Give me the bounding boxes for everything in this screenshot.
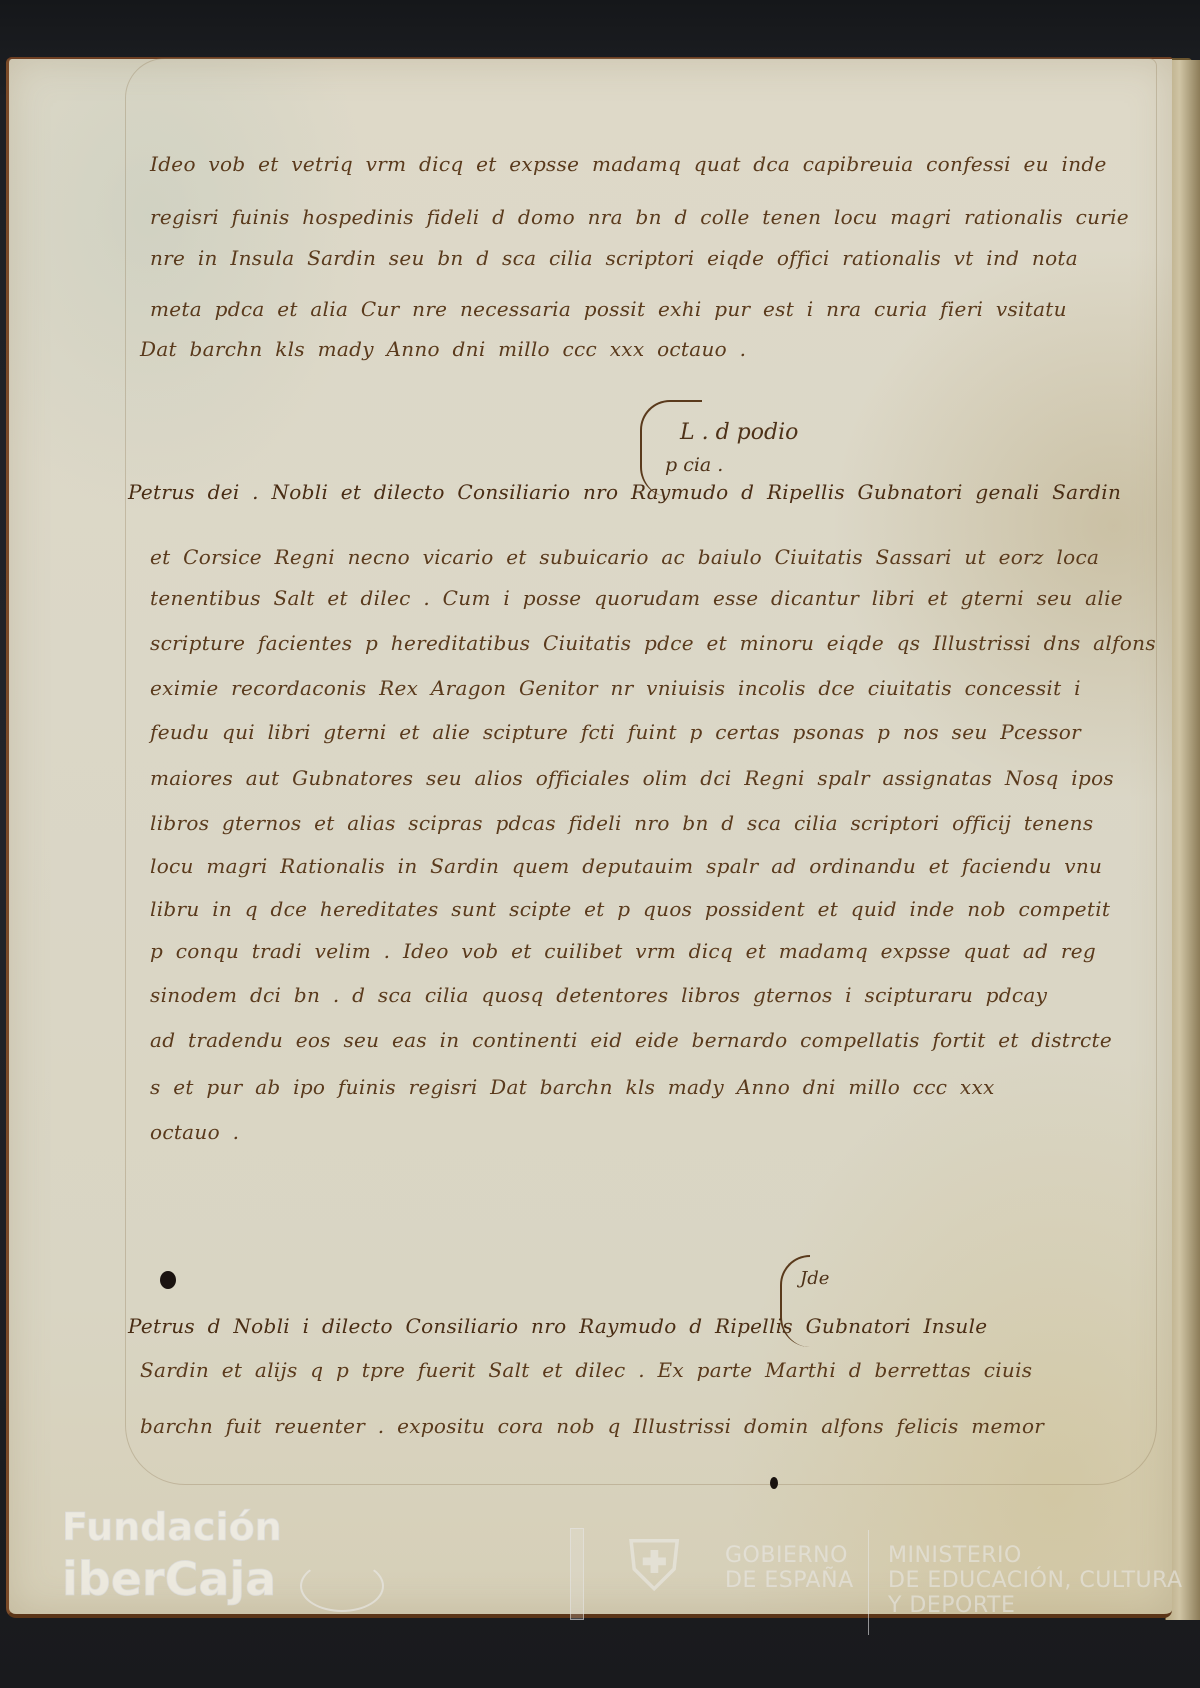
manuscript-line: libros gternos et alias scipras pdcas fi… xyxy=(150,811,1093,835)
ibercaja-logo-icon xyxy=(300,1560,384,1612)
manuscript-line: Sardin et alijs q p tpre fuerit Salt et … xyxy=(140,1358,1032,1382)
watermark-line: GOBIERNO xyxy=(725,1543,854,1568)
manuscript-line-date: Dat barchn kls mady Anno dni millo ccc x… xyxy=(140,337,746,361)
watermark-line: Y DEPORTE xyxy=(888,1593,1183,1618)
manuscript-line: barchn fuit reuenter . expositu cora nob… xyxy=(140,1414,1044,1438)
watermark-text: Fundación xyxy=(62,1505,282,1549)
manuscript-line: tenentibus Salt et dilec . Cum i posse q… xyxy=(150,586,1123,610)
ink-blot xyxy=(160,1271,176,1289)
manuscript-line: et Corsice Regni necno vicario et subuic… xyxy=(150,545,1099,569)
watermark-line: MINISTERIO xyxy=(888,1543,1183,1568)
manuscript-line: s et pur ab ipo fuinis regisri Dat barch… xyxy=(150,1075,995,1099)
manuscript-line: p conqu tradi velim . Ideo vob et cuilib… xyxy=(150,939,1096,963)
manuscript-line: libru in q dce hereditates sunt scipte e… xyxy=(150,897,1110,921)
manuscript-line: scripture facientes p hereditatibus Ciui… xyxy=(150,631,1156,655)
signature-notation: p cia . xyxy=(665,454,723,476)
watermark-divider xyxy=(868,1530,869,1635)
signature-abbrev: Jde xyxy=(800,1268,829,1289)
manuscript-line: Petrus dei . Nobli et dilecto Consiliari… xyxy=(128,480,1121,504)
manuscript-line: Ideo vob et vetriq vrm dicq et expsse ma… xyxy=(150,152,1107,176)
manuscript-line: feudu qui libri gterni et alie scipture … xyxy=(150,720,1081,744)
manuscript-line: maiores aut Gubnatores seu alios officia… xyxy=(150,766,1114,790)
watermark-text: iberCaja xyxy=(62,1552,276,1606)
manuscript-line: meta pdca et alia Cur nre necessaria pos… xyxy=(150,297,1067,321)
ink-mark xyxy=(770,1477,778,1489)
coat-of-arms-icon: ⛨ xyxy=(628,1525,681,1608)
watermark-line: DE ESPAÑA xyxy=(725,1568,854,1593)
watermark-text: GOBIERNO DE ESPAÑA xyxy=(725,1543,854,1593)
flag-bar-icon xyxy=(570,1528,584,1620)
signature-name: L . d podio xyxy=(680,420,798,445)
manuscript-line: locu magri Rationalis in Sardin quem dep… xyxy=(150,854,1102,878)
manuscript-line: Petrus d Nobli i dilecto Consiliario nro… xyxy=(128,1314,987,1338)
manuscript-line: eximie recordaconis Rex Aragon Genitor n… xyxy=(150,676,1081,700)
manuscript-line: regisri fuinis hospedinis fideli d domo … xyxy=(150,205,1129,229)
manuscript-line: sinodem dci bn . d sca cilia quosq deten… xyxy=(150,983,1047,1007)
manuscript-line: nre in Insula Sardin seu bn d sca cilia … xyxy=(150,246,1078,270)
manuscript-line: octauo . xyxy=(150,1120,239,1144)
manuscript-line: ad tradendu eos seu eas in continenti ei… xyxy=(150,1028,1112,1052)
watermark-line: DE EDUCACIÓN, CULTURA xyxy=(888,1568,1183,1593)
watermark-text: MINISTERIO DE EDUCACIÓN, CULTURA Y DEPOR… xyxy=(888,1543,1183,1618)
